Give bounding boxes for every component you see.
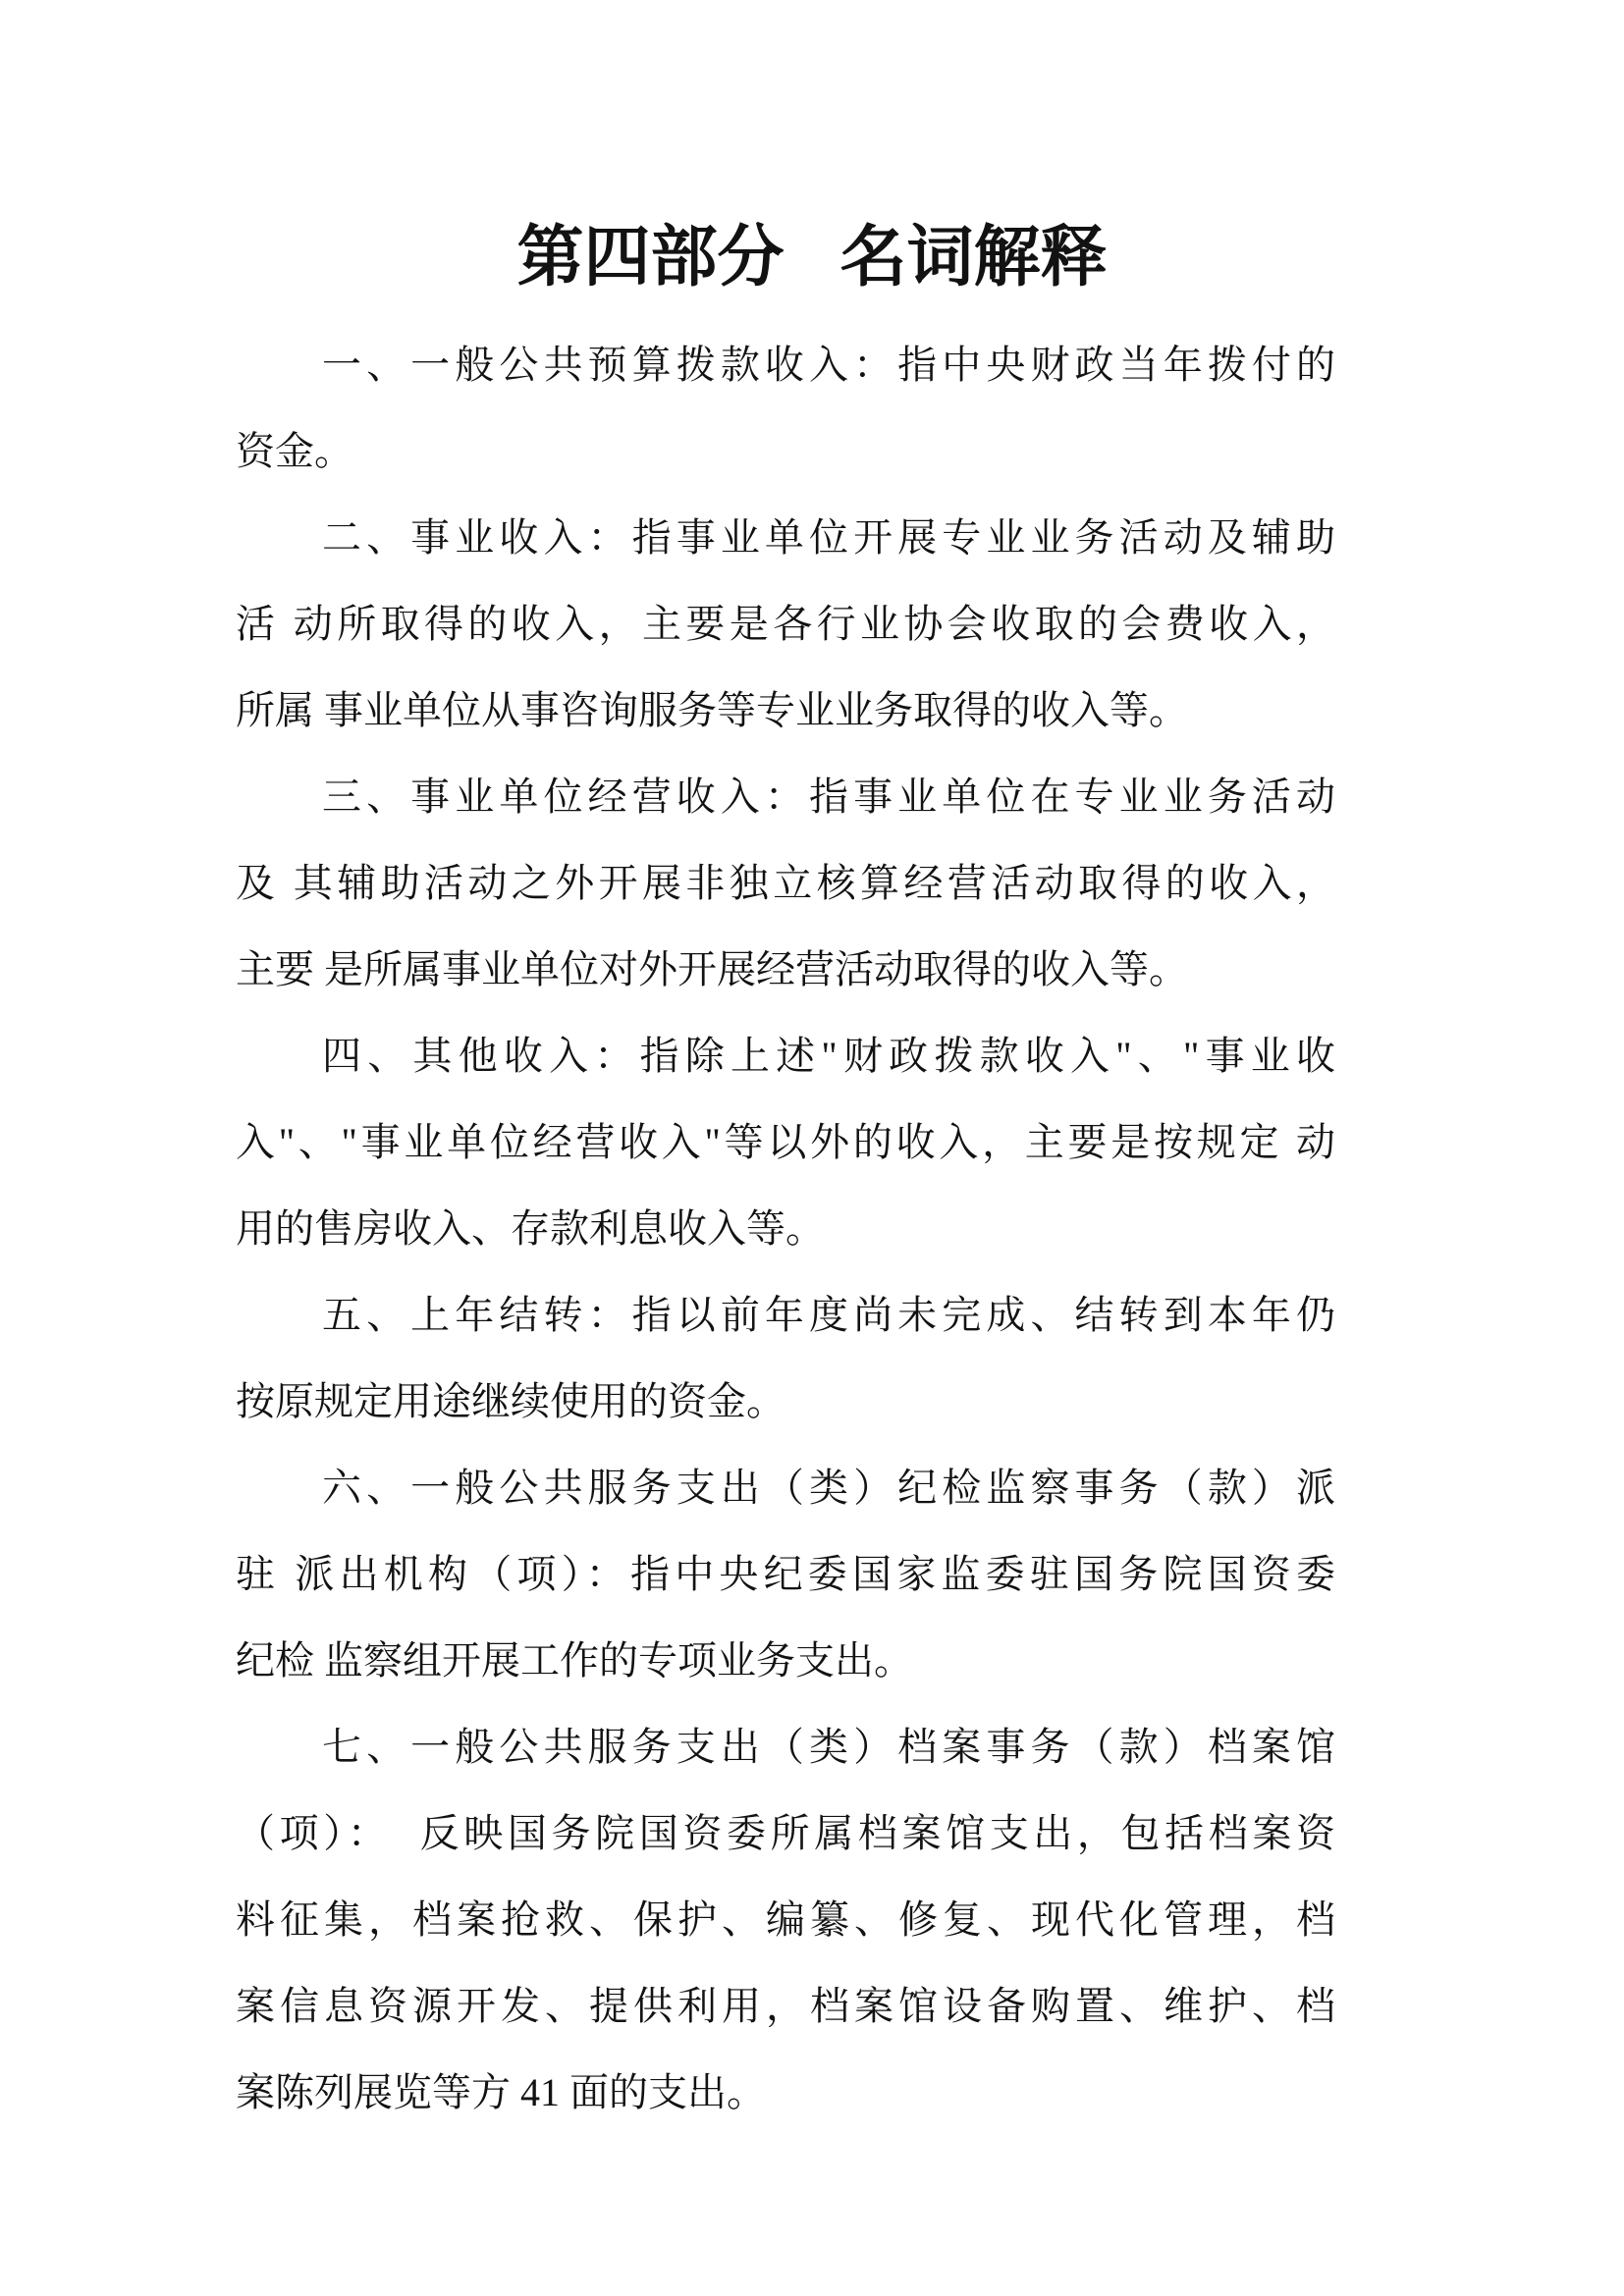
paragraph-line: 用的售房收入、存款利息收入等。 <box>236 1186 1335 1272</box>
paragraph-line: 六、一般公共服务支出（类）纪检监察事务（款）派 <box>236 1445 1335 1531</box>
paragraph-line: 五、上年结转：指以前年度尚未完成、结转到本年仍 <box>236 1272 1335 1359</box>
paragraph: 四、其他收入：指除上述"财政拨款收入"、"事业收入"、"事业单位经营收入"等以外… <box>236 1013 1335 1272</box>
paragraph-line: （项）： 反映国务院国资委所属档案馆支出，包括档案资 <box>236 1790 1335 1877</box>
paragraph: 二、事业收入：指事业单位开展专业业务活动及辅助活 动所取得的收入，主要是各行业协… <box>236 495 1335 754</box>
paragraph-line: 资金。 <box>236 408 1335 495</box>
paragraph-line: 驻 派出机构（项）：指中央纪委国家监委驻国务院国资委 <box>236 1531 1335 1618</box>
paragraph-line: 及 其辅助活动之外开展非独立核算经营活动取得的收入， <box>236 840 1335 927</box>
paragraph-line: 入"、"事业单位经营收入"等以外的收入，主要是按规定 动 <box>236 1099 1335 1186</box>
document-page: 第四部分 名词解释 一、一般公共预算拨款收入：指中央财政当年拨付的资金。二、事业… <box>0 0 1624 2296</box>
paragraph-line: 一、一般公共预算拨款收入：指中央财政当年拨付的 <box>236 322 1335 408</box>
document-body: 一、一般公共预算拨款收入：指中央财政当年拨付的资金。二、事业收入：指事业单位开展… <box>236 322 1335 2136</box>
paragraph: 一、一般公共预算拨款收入：指中央财政当年拨付的资金。 <box>236 322 1335 495</box>
paragraph-line: 二、事业收入：指事业单位开展专业业务活动及辅助 <box>236 495 1335 581</box>
paragraph-line: 料征集，档案抢救、保护、编纂、修复、现代化管理，档 <box>236 1877 1335 1963</box>
paragraph: 三、事业单位经营收入：指事业单位在专业业务活动及 其辅助活动之外开展非独立核算经… <box>236 754 1335 1013</box>
paragraph: 五、上年结转：指以前年度尚未完成、结转到本年仍按原规定用途继续使用的资金。 <box>236 1272 1335 1445</box>
paragraph-line: 七、一般公共服务支出（类）档案事务（款）档案馆 <box>236 1704 1335 1790</box>
paragraph-line: 主要 是所属事业单位对外开展经营活动取得的收入等。 <box>236 927 1335 1013</box>
paragraph-line: 所属 事业单位从事咨询服务等专业业务取得的收入等。 <box>236 667 1335 754</box>
paragraph: 七、一般公共服务支出（类）档案事务（款）档案馆（项）： 反映国务院国资委所属档案… <box>236 1704 1335 2136</box>
paragraph-line: 案陈列展览等方 41 面的支出。 <box>236 2050 1335 2136</box>
paragraph-line: 纪检 监察组开展工作的专项业务支出。 <box>236 1618 1335 1704</box>
paragraph-line: 三、事业单位经营收入：指事业单位在专业业务活动 <box>236 754 1335 840</box>
paragraph-line: 按原规定用途继续使用的资金。 <box>236 1359 1335 1445</box>
paragraph-line: 案信息资源开发、提供利用，档案馆设备购置、维护、档 <box>236 1963 1335 2050</box>
paragraph-line: 四、其他收入：指除上述"财政拨款收入"、"事业收 <box>236 1013 1335 1099</box>
paragraph-line: 活 动所取得的收入，主要是各行业协会收取的会费收入， <box>236 581 1335 667</box>
page-title: 第四部分 名词解释 <box>0 212 1624 302</box>
paragraph: 六、一般公共服务支出（类）纪检监察事务（款）派驻 派出机构（项）：指中央纪委国家… <box>236 1445 1335 1704</box>
